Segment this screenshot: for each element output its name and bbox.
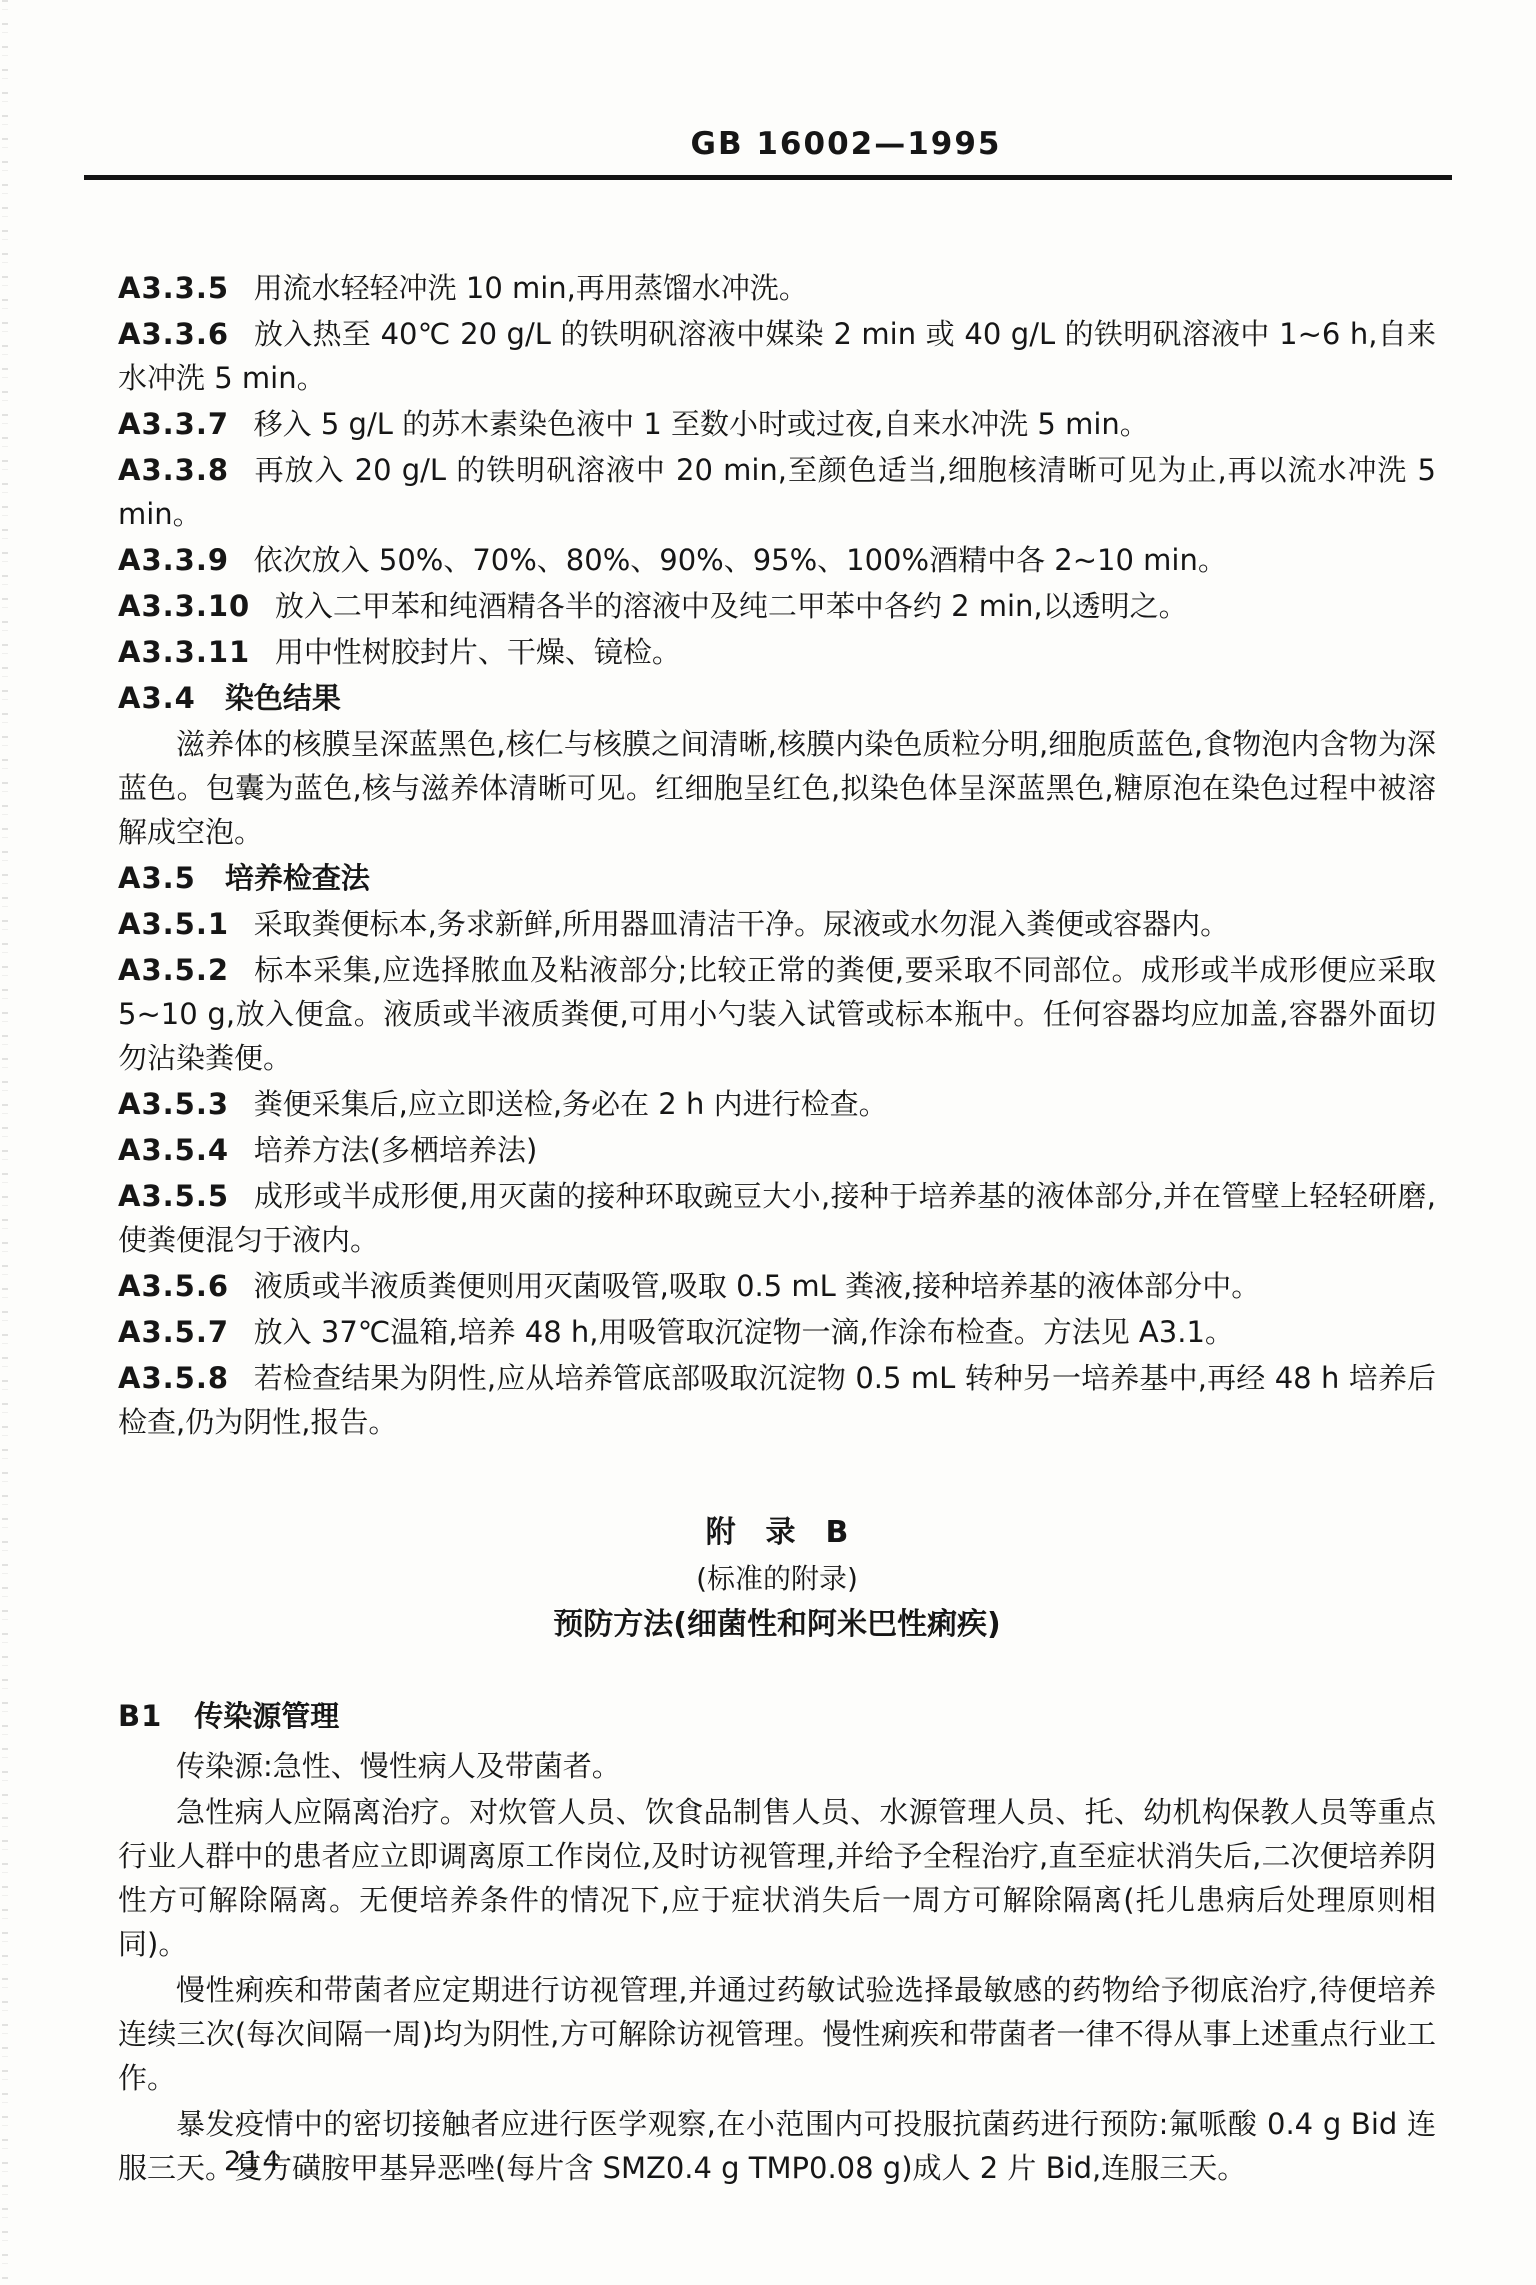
clause-a3-5-4: A3.5.4培养方法(多栖培养法) [118, 1128, 1436, 1172]
appendix-title: 附 录 B [118, 1510, 1436, 1556]
paragraph-a3-4: 滋养体的核膜呈深蓝黑色,核仁与核膜之间清晰,核膜内染色质粒分明,细胞质蓝色,食物… [118, 722, 1436, 854]
clause-text: 再放入 20 g/L 的铁明矾溶液中 20 min,至颜色适当,细胞核清晰可见为… [118, 453, 1436, 531]
paragraph-infection-source: 传染源:急性、慢性病人及带菌者。 [118, 1744, 1436, 1788]
paragraph-chronic-patients: 慢性痢疾和带菌者应定期进行访视管理,并通过药敏试验选择最敏感的药物给予彻底治疗,… [118, 1968, 1436, 2100]
clause-number: A3.3.6 [118, 317, 229, 351]
clause-number: A3.3.10 [118, 589, 250, 623]
section-number: A3.4 [118, 681, 196, 715]
clause-number: A3.3.9 [118, 543, 229, 577]
appendix-heading: 预防方法(细菌性和阿米巴性痢疾) [118, 1602, 1436, 1648]
clause-number: A3.5.3 [118, 1087, 229, 1121]
clause-number: A3.3.11 [118, 635, 250, 669]
clause-a3-5-1: A3.5.1采取粪便标本,务求新鲜,所用器皿清洁干净。尿液或水勿混入粪便或容器内… [118, 902, 1436, 946]
clause-a3-5-2: A3.5.2标本采集,应选择脓血及粘液部分;比较正常的粪便,要采取不同部位。成形… [118, 948, 1436, 1080]
section-title: 染色结果 [225, 681, 341, 715]
clause-number: A3.3.5 [118, 271, 229, 305]
paragraph-acute-patients: 急性病人应隔离治疗。对炊管人员、饮食品制售人员、水源管理人员、托、幼机构保教人员… [118, 1790, 1436, 1966]
clause-number: A3.5.5 [118, 1179, 229, 1213]
clause-text: 依次放入 50%、70%、80%、90%、95%、100%酒精中各 2~10 m… [254, 543, 1227, 577]
section-heading-a3-4: A3.4染色结果 [118, 676, 1436, 720]
document-body: A3.3.5用流水轻轻冲洗 10 min,再用蒸馏水冲洗。 A3.3.6放入热至… [118, 266, 1436, 2190]
section-b1-body: 传染源:急性、慢性病人及带菌者。 急性病人应隔离治疗。对炊管人员、饮食品制售人员… [118, 1744, 1436, 2190]
clause-text: 用中性树胶封片、干燥、镜检。 [275, 635, 681, 669]
clause-number: A3.5.2 [118, 953, 229, 987]
clause-number: A3.3.8 [118, 453, 229, 487]
header-rule [84, 175, 1452, 180]
section-title: 传染源管理 [194, 1699, 339, 1733]
document-page: GB 16002—1995 A3.3.5用流水轻轻冲洗 10 min,再用蒸馏水… [0, 0, 1536, 2285]
clause-text: 若检查结果为阴性,应从培养管底部吸取沉淀物 0.5 mL 转种另一培养基中,再经… [118, 1361, 1436, 1439]
clause-text: 用流水轻轻冲洗 10 min,再用蒸馏水冲洗。 [254, 271, 808, 305]
clause-text: 采取粪便标本,务求新鲜,所用器皿清洁干净。尿液或水勿混入粪便或容器内。 [254, 907, 1229, 941]
appendix-subtitle: (标准的附录) [118, 1556, 1436, 1602]
clause-number: A3.5.1 [118, 907, 229, 941]
clause-number: A3.5.8 [118, 1361, 229, 1395]
clause-a3-5-8: A3.5.8若检查结果为阴性,应从培养管底部吸取沉淀物 0.5 mL 转种另一培… [118, 1356, 1436, 1444]
clause-a3-3-7: A3.3.7移入 5 g/L 的苏木素染色液中 1 至数小时或过夜,自来水冲洗 … [118, 402, 1436, 446]
clause-a3-5-6: A3.5.6液质或半液质粪便则用灭菌吸管,吸取 0.5 mL 粪液,接种培养基的… [118, 1264, 1436, 1308]
clause-text: 放入热至 40℃ 20 g/L 的铁明矾溶液中媒染 2 min 或 40 g/L… [118, 317, 1436, 395]
section-heading-b1: B1传染源管理 [118, 1694, 1436, 1738]
standard-number: GB 16002—1995 [78, 0, 1536, 162]
clause-text: 粪便采集后,应立即送检,务必在 2 h 内进行检查。 [254, 1087, 888, 1121]
clause-a3-5-7: A3.5.7放入 37℃温箱,培养 48 h,用吸管取沉淀物一滴,作涂布检查。方… [118, 1310, 1436, 1354]
clause-text: 放入二甲苯和纯酒精各半的溶液中及纯二甲苯中各约 2 min,以透明之。 [275, 589, 1188, 623]
clause-text: 放入 37℃温箱,培养 48 h,用吸管取沉淀物一滴,作涂布检查。方法见 A3.… [254, 1315, 1234, 1349]
clause-a3-3-11: A3.3.11用中性树胶封片、干燥、镜检。 [118, 630, 1436, 674]
clause-text: 成形或半成形便,用灭菌的接种环取豌豆大小,接种于培养基的液体部分,并在管壁上轻轻… [118, 1179, 1436, 1257]
paragraph-outbreak-contacts: 暴发疫情中的密切接触者应进行医学观察,在小范围内可投服抗菌药进行预防:氟哌酸 0… [118, 2102, 1436, 2190]
clause-a3-5-3: A3.5.3粪便采集后,应立即送检,务必在 2 h 内进行检查。 [118, 1082, 1436, 1126]
clause-a3-3-6: A3.3.6放入热至 40℃ 20 g/L 的铁明矾溶液中媒染 2 min 或 … [118, 312, 1436, 400]
section-number: B1 [118, 1699, 162, 1733]
clause-a3-3-9: A3.3.9依次放入 50%、70%、80%、90%、95%、100%酒精中各 … [118, 538, 1436, 582]
clause-text: 标本采集,应选择脓血及粘液部分;比较正常的粪便,要采取不同部位。成形或半成形便应… [118, 953, 1436, 1075]
section-heading-a3-5: A3.5培养检查法 [118, 856, 1436, 900]
clause-text: 移入 5 g/L 的苏木素染色液中 1 至数小时或过夜,自来水冲洗 5 min。 [254, 407, 1149, 441]
clause-a3-5-5: A3.5.5成形或半成形便,用灭菌的接种环取豌豆大小,接种于培养基的液体部分,并… [118, 1174, 1436, 1262]
clause-text: 培养方法(多栖培养法) [254, 1133, 538, 1167]
clause-number: A3.5.6 [118, 1269, 229, 1303]
appendix-b: 附 录 B (标准的附录) 预防方法(细菌性和阿米巴性痢疾) [118, 1510, 1436, 1648]
section-title: 培养检查法 [225, 861, 370, 895]
section-number: A3.5 [118, 861, 196, 895]
clause-a3-3-8: A3.3.8再放入 20 g/L 的铁明矾溶液中 20 min,至颜色适当,细胞… [118, 448, 1436, 536]
clause-a3-3-5: A3.3.5用流水轻轻冲洗 10 min,再用蒸馏水冲洗。 [118, 266, 1436, 310]
clause-a3-3-10: A3.3.10放入二甲苯和纯酒精各半的溶液中及纯二甲苯中各约 2 min,以透明… [118, 584, 1436, 628]
clause-number: A3.5.4 [118, 1133, 229, 1167]
clause-number: A3.3.7 [118, 407, 229, 441]
page-number: 214 [224, 2146, 282, 2177]
clause-number: A3.5.7 [118, 1315, 229, 1349]
clause-text: 液质或半液质粪便则用灭菌吸管,吸取 0.5 mL 粪液,接种培养基的液体部分中。 [254, 1269, 1261, 1303]
